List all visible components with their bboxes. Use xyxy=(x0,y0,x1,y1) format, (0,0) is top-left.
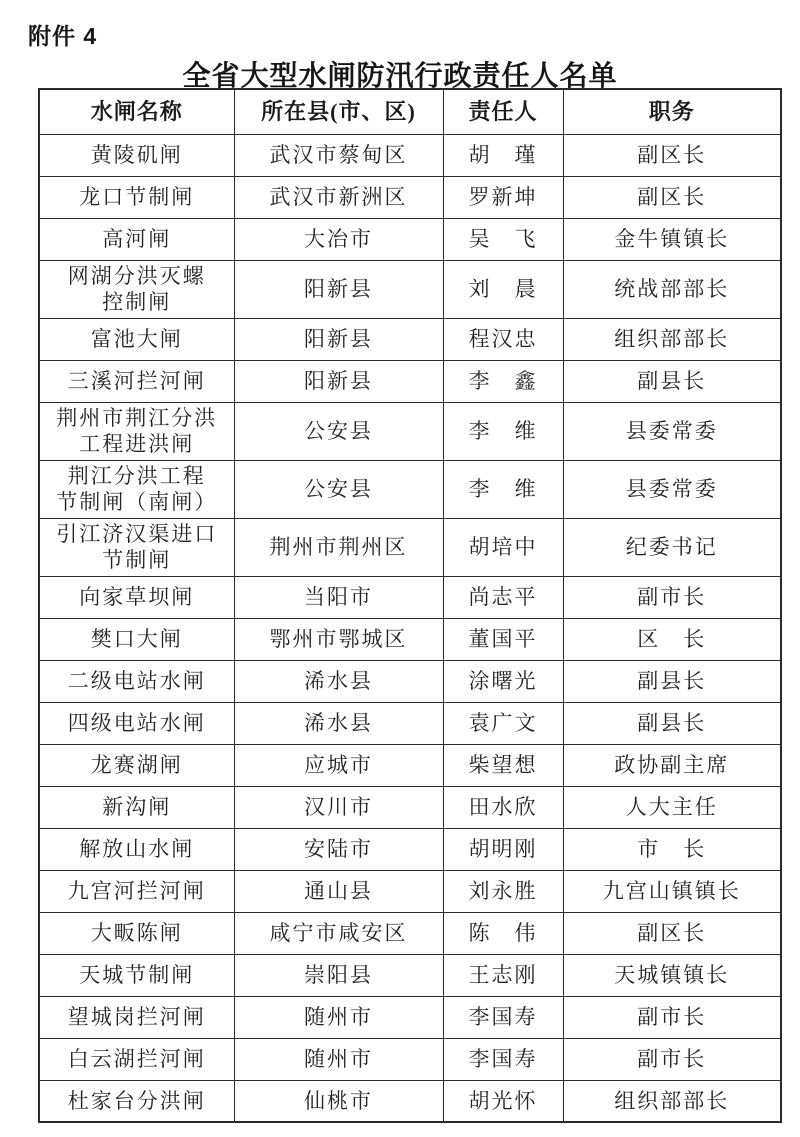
cell-position: 人大主任 xyxy=(563,786,781,828)
cell-county: 武汉市蔡甸区 xyxy=(234,134,443,176)
cell-county: 随州市 xyxy=(234,996,443,1038)
cell-position: 副县长 xyxy=(563,360,781,402)
cell-county: 仙桃市 xyxy=(234,1080,443,1122)
table-row: 新沟闸汉川市田水欣人大主任 xyxy=(39,786,781,828)
cell-gate-name: 樊口大闸 xyxy=(39,618,234,660)
cell-gate-name: 四级电站水闸 xyxy=(39,702,234,744)
table-row: 富池大闸阳新县程汉忠组织部部长 xyxy=(39,318,781,360)
table-row: 白云湖拦河闸随州市李国寿副市长 xyxy=(39,1038,781,1080)
cell-gate-name: 龙赛湖闸 xyxy=(39,744,234,786)
table-row: 网湖分洪灭螺 控制闸阳新县刘 晨统战部部长 xyxy=(39,260,781,318)
cell-county: 阳新县 xyxy=(234,318,443,360)
cell-position: 副县长 xyxy=(563,660,781,702)
table-row: 四级电站水闸浠水县袁广文副县长 xyxy=(39,702,781,744)
cell-person: 李国寿 xyxy=(443,996,563,1038)
table-row: 望城岗拦河闸随州市李国寿副市长 xyxy=(39,996,781,1038)
table-body: 黄陵矶闸武汉市蔡甸区胡 瑾副区长龙口节制闸武汉市新洲区罗新坤副区长高河闸大冶市吴… xyxy=(39,134,781,1122)
cell-gate-name: 网湖分洪灭螺 控制闸 xyxy=(39,260,234,318)
cell-position: 副区长 xyxy=(563,176,781,218)
cell-person: 李 维 xyxy=(443,460,563,518)
cell-position: 副市长 xyxy=(563,1038,781,1080)
table-row: 引江济汉渠进口 节制闸荆州市荆州区胡培中纪委书记 xyxy=(39,518,781,576)
table-row: 高河闸大冶市吴 飞金牛镇镇长 xyxy=(39,218,781,260)
header-row: 水闸名称 所在县(市、区) 责任人 职务 xyxy=(39,89,781,134)
cell-position: 区 长 xyxy=(563,618,781,660)
cell-person: 刘 晨 xyxy=(443,260,563,318)
cell-position: 市 长 xyxy=(563,828,781,870)
cell-gate-name: 二级电站水闸 xyxy=(39,660,234,702)
cell-person: 董国平 xyxy=(443,618,563,660)
cell-gate-name: 龙口节制闸 xyxy=(39,176,234,218)
cell-gate-name: 新沟闸 xyxy=(39,786,234,828)
cell-position: 副区长 xyxy=(563,134,781,176)
cell-person: 尚志平 xyxy=(443,576,563,618)
cell-gate-name: 白云湖拦河闸 xyxy=(39,1038,234,1080)
table-row: 杜家台分洪闸仙桃市胡光怀组织部部长 xyxy=(39,1080,781,1122)
cell-position: 组织部部长 xyxy=(563,1080,781,1122)
responsibility-table: 水闸名称 所在县(市、区) 责任人 职务 黄陵矶闸武汉市蔡甸区胡 瑾副区长龙口节… xyxy=(38,88,782,1123)
cell-person: 胡光怀 xyxy=(443,1080,563,1122)
table-row: 黄陵矶闸武汉市蔡甸区胡 瑾副区长 xyxy=(39,134,781,176)
cell-person: 李国寿 xyxy=(443,1038,563,1080)
table-row: 龙赛湖闸应城市柴望想政协副主席 xyxy=(39,744,781,786)
cell-gate-name: 引江济汉渠进口 节制闸 xyxy=(39,518,234,576)
cell-gate-name: 杜家台分洪闸 xyxy=(39,1080,234,1122)
cell-person: 罗新坤 xyxy=(443,176,563,218)
cell-gate-name: 向家草坝闸 xyxy=(39,576,234,618)
cell-person: 李 鑫 xyxy=(443,360,563,402)
cell-gate-name: 大畈陈闸 xyxy=(39,912,234,954)
cell-person: 田水欣 xyxy=(443,786,563,828)
cell-person: 吴 飞 xyxy=(443,218,563,260)
cell-county: 崇阳县 xyxy=(234,954,443,996)
table-row: 九宫河拦河闸通山县刘永胜九宫山镇镇长 xyxy=(39,870,781,912)
cell-person: 刘永胜 xyxy=(443,870,563,912)
cell-county: 随州市 xyxy=(234,1038,443,1080)
table-row: 荆州市荆江分洪 工程进洪闸公安县李 维县委常委 xyxy=(39,402,781,460)
cell-person: 胡培中 xyxy=(443,518,563,576)
table-row: 向家草坝闸当阳市尚志平副市长 xyxy=(39,576,781,618)
cell-position: 天城镇镇长 xyxy=(563,954,781,996)
document-page: 附件 4 全省大型水闸防汛行政责任人名单 水闸名称 所在县(市、区) 责任人 职… xyxy=(0,0,800,1137)
table-row: 三溪河拦河闸阳新县李 鑫副县长 xyxy=(39,360,781,402)
cell-county: 安陆市 xyxy=(234,828,443,870)
cell-gate-name: 荆州市荆江分洪 工程进洪闸 xyxy=(39,402,234,460)
cell-county: 汉川市 xyxy=(234,786,443,828)
cell-gate-name: 天城节制闸 xyxy=(39,954,234,996)
cell-position: 副区长 xyxy=(563,912,781,954)
cell-position: 政协副主席 xyxy=(563,744,781,786)
cell-person: 李 维 xyxy=(443,402,563,460)
cell-gate-name: 三溪河拦河闸 xyxy=(39,360,234,402)
cell-gate-name: 望城岗拦河闸 xyxy=(39,996,234,1038)
cell-county: 武汉市新洲区 xyxy=(234,176,443,218)
cell-person: 胡明刚 xyxy=(443,828,563,870)
table-row: 大畈陈闸咸宁市咸安区陈 伟副区长 xyxy=(39,912,781,954)
table-row: 天城节制闸崇阳县王志刚天城镇镇长 xyxy=(39,954,781,996)
cell-position: 组织部部长 xyxy=(563,318,781,360)
cell-position: 副市长 xyxy=(563,576,781,618)
cell-county: 公安县 xyxy=(234,402,443,460)
cell-gate-name: 富池大闸 xyxy=(39,318,234,360)
cell-gate-name: 解放山水闸 xyxy=(39,828,234,870)
header-position: 职务 xyxy=(563,89,781,134)
header-county: 所在县(市、区) xyxy=(234,89,443,134)
cell-gate-name: 荆江分洪工程 节制闸（南闸） xyxy=(39,460,234,518)
cell-position: 统战部部长 xyxy=(563,260,781,318)
cell-position: 金牛镇镇长 xyxy=(563,218,781,260)
cell-position: 县委常委 xyxy=(563,402,781,460)
cell-person: 陈 伟 xyxy=(443,912,563,954)
cell-county: 公安县 xyxy=(234,460,443,518)
cell-county: 鄂州市鄂城区 xyxy=(234,618,443,660)
cell-gate-name: 高河闸 xyxy=(39,218,234,260)
cell-county: 浠水县 xyxy=(234,660,443,702)
table-row: 龙口节制闸武汉市新洲区罗新坤副区长 xyxy=(39,176,781,218)
cell-person: 柴望想 xyxy=(443,744,563,786)
cell-county: 浠水县 xyxy=(234,702,443,744)
cell-person: 涂曙光 xyxy=(443,660,563,702)
cell-gate-name: 九宫河拦河闸 xyxy=(39,870,234,912)
cell-county: 荆州市荆州区 xyxy=(234,518,443,576)
cell-person: 袁广文 xyxy=(443,702,563,744)
header-gate-name: 水闸名称 xyxy=(39,89,234,134)
cell-position: 纪委书记 xyxy=(563,518,781,576)
cell-position: 副县长 xyxy=(563,702,781,744)
cell-county: 咸宁市咸安区 xyxy=(234,912,443,954)
attachment-label: 附件 4 xyxy=(28,18,97,51)
cell-gate-name: 黄陵矶闸 xyxy=(39,134,234,176)
cell-position: 县委常委 xyxy=(563,460,781,518)
table-row: 解放山水闸安陆市胡明刚市 长 xyxy=(39,828,781,870)
cell-county: 应城市 xyxy=(234,744,443,786)
table-row: 荆江分洪工程 节制闸（南闸）公安县李 维县委常委 xyxy=(39,460,781,518)
cell-county: 当阳市 xyxy=(234,576,443,618)
cell-county: 阳新县 xyxy=(234,360,443,402)
cell-county: 阳新县 xyxy=(234,260,443,318)
table-row: 二级电站水闸浠水县涂曙光副县长 xyxy=(39,660,781,702)
cell-county: 通山县 xyxy=(234,870,443,912)
cell-position: 副市长 xyxy=(563,996,781,1038)
cell-position: 九宫山镇镇长 xyxy=(563,870,781,912)
header-person: 责任人 xyxy=(443,89,563,134)
cell-person: 胡 瑾 xyxy=(443,134,563,176)
cell-person: 程汉忠 xyxy=(443,318,563,360)
cell-person: 王志刚 xyxy=(443,954,563,996)
cell-county: 大冶市 xyxy=(234,218,443,260)
table-row: 樊口大闸鄂州市鄂城区董国平区 长 xyxy=(39,618,781,660)
